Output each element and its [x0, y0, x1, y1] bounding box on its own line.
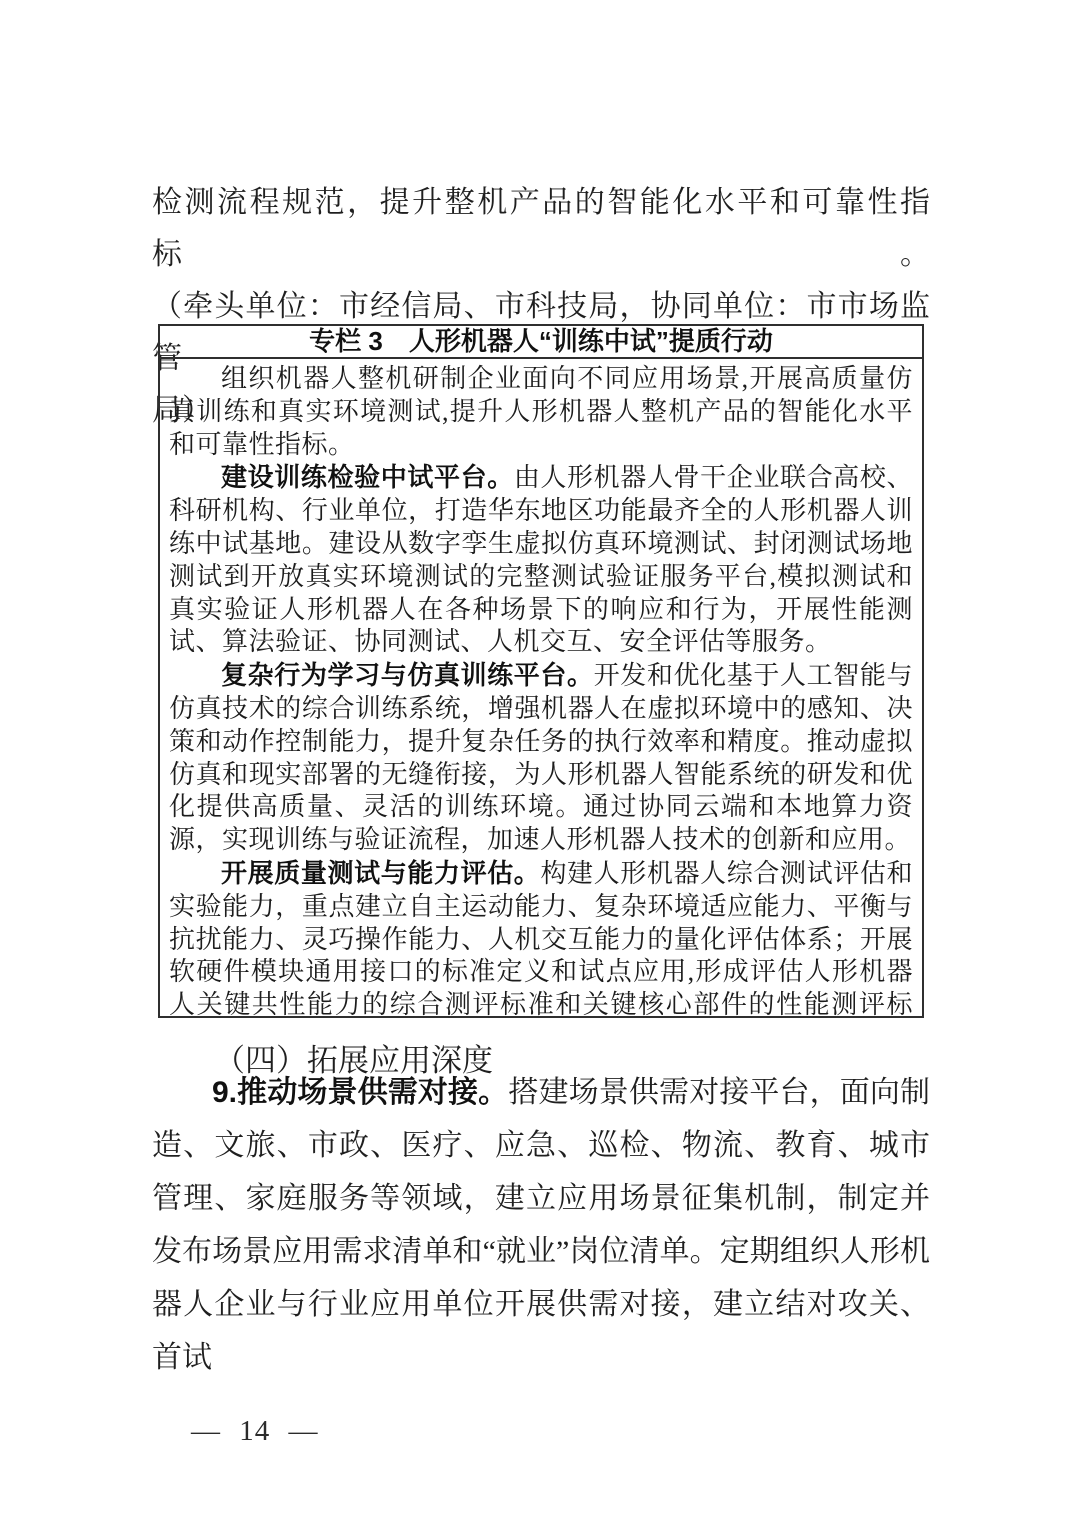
- panel-paragraph-lead: 开展质量测试与能力评估。: [221, 858, 540, 888]
- panel-paragraph: 复杂行为学习与仿真训练平台。开发和优化基于人工智能与仿真技术的综合训练系统，增强…: [169, 659, 913, 857]
- panel-paragraph: 组织机器人整机研制企业面向不同应用场景,开展高质量仿真训练和真实环境测试,提升人…: [169, 362, 913, 461]
- item-paragraph-text: 搭建场景供需对接平台，面向制造、文旅、市政、医疗、应急、巡检、物流、教育、城市管…: [152, 1076, 930, 1374]
- panel-paragraph-text: 组织机器人整机研制企业面向不同应用场景,开展高质量仿真训练和真实环境测试,提升人…: [169, 364, 913, 459]
- column-panel: 专栏 3 人形机器人“训练中试”提质行动 组织机器人整机研制企业面向不同应用场景…: [158, 324, 924, 1018]
- intro-line: 检测流程规范，提升整机产品的智能化水平和可靠性指标。: [152, 177, 930, 281]
- document-page: 检测流程规范，提升整机产品的智能化水平和可靠性指标。 （牵头单位：市经信局、市科…: [0, 0, 1080, 1528]
- panel-paragraph-lead: 复杂行为学习与仿真训练平台。: [221, 660, 594, 690]
- page-number: — 14 —: [191, 1415, 319, 1448]
- item-paragraph-lead: 9.推动场景供需对接。: [212, 1076, 508, 1109]
- panel-title: 专栏 3 人形机器人“训练中试”提质行动: [160, 326, 922, 359]
- panel-paragraph: 建设训练检验中试平台。由人形机器人骨干企业联合高校、科研机构、行业单位，打造华东…: [169, 461, 913, 659]
- panel-paragraph-lead: 建设训练检验中试平台。: [221, 462, 514, 492]
- item-paragraph: 9.推动场景供需对接。搭建场景供需对接平台，面向制造、文旅、市政、医疗、应急、巡…: [152, 1066, 930, 1384]
- panel-body: 组织机器人整机研制企业面向不同应用场景,开展高质量仿真训练和真实环境测试,提升人…: [160, 359, 922, 1018]
- panel-paragraph: 开展质量测试与能力评估。构建人形机器人综合测试评估和实验能力，重点建立自主运动能…: [169, 857, 913, 1018]
